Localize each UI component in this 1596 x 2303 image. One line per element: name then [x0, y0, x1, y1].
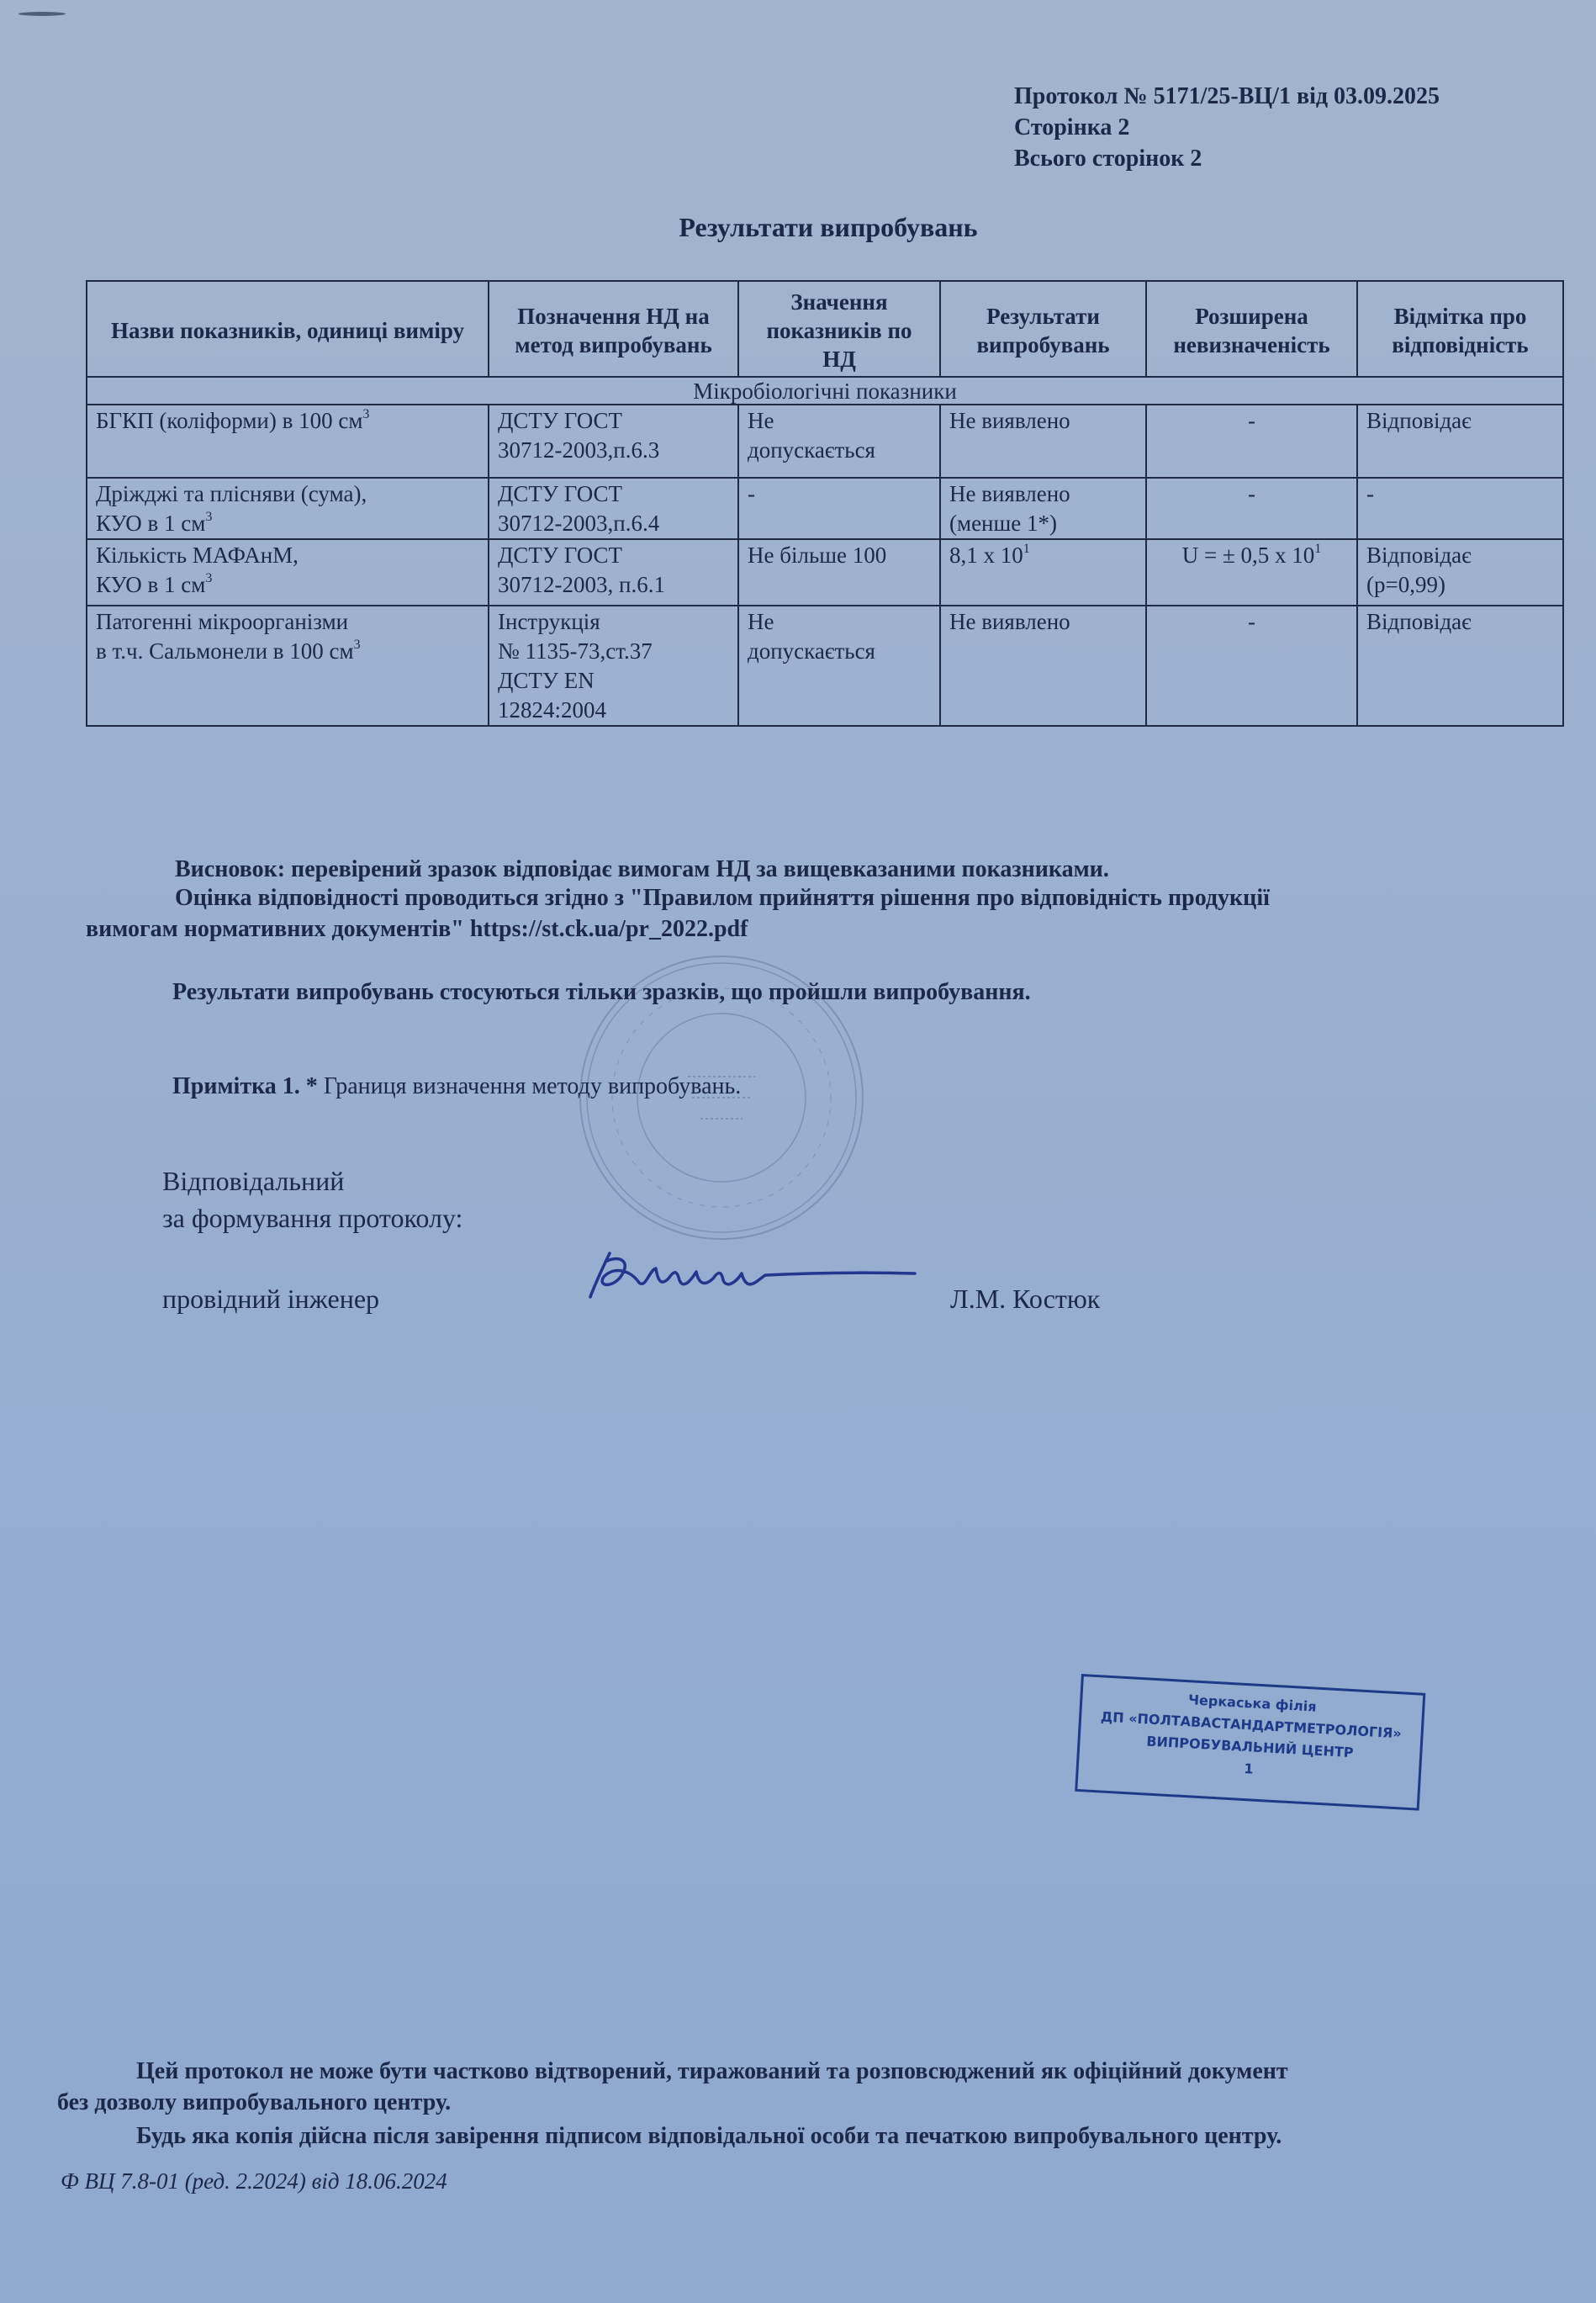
lab-stamp: Черкаська філія ДП «ПОЛТАВАСТАНДАРТМЕТРО…	[1075, 1674, 1425, 1811]
assessment-text-cont: вимогам нормативних документів" https://…	[86, 914, 748, 944]
norm-cell: -	[738, 478, 940, 539]
result-cell: Не виявлено	[940, 405, 1146, 478]
method-cell: ДСТУ ГОСТ30712-2003,п.6.3	[489, 405, 738, 478]
protocol-number: Протокол № 5171/25-ВЦ/1 від 03.09.2025	[1014, 81, 1440, 112]
uncertainty-cell: -	[1146, 405, 1357, 478]
paper-mark	[18, 12, 66, 16]
indicator-cell: БГКП (коліформи) в 100 см3	[87, 405, 489, 478]
section-label: Мікробіологічні показники	[87, 377, 1563, 405]
uncertainty-cell: -	[1146, 606, 1357, 726]
table-row: БГКП (коліформи) в 100 см3 ДСТУ ГОСТ3071…	[87, 405, 1563, 478]
section-row: Мікробіологічні показники	[87, 377, 1563, 405]
footnote-text: Границя визначення методу випробувань.	[318, 1073, 741, 1099]
copyright-notice-cont: без дозволу випробувального центру.	[57, 2088, 451, 2118]
copy-validity-notice: Будь яка копія дійсна після завірення пі…	[136, 2121, 1583, 2152]
uncertainty-cell: U = ± 0,5 x 101	[1146, 539, 1357, 606]
indicator-cell: Патогенні мікроорганізмив т.ч. Сальмонел…	[87, 606, 489, 726]
result-cell: Не виявлено	[940, 606, 1146, 726]
column-header: Значення показників по НД	[738, 281, 940, 377]
responsible-label: Відповідальний	[162, 1164, 344, 1198]
table-row: Дріжджі та плісняви (сума),КУО в 1 см3 Д…	[87, 478, 1563, 539]
indicator-cell: Кількість МАФАнМ,КУО в 1 см3	[87, 539, 489, 606]
results-scope-text: Результати випробувань стосуються тільки…	[172, 977, 1031, 1007]
copyright-notice: Цей протокол не може бути частково відтв…	[136, 2057, 1574, 2087]
uncertainty-cell: -	[1146, 478, 1357, 539]
column-header: Відмітка про відповідність	[1357, 281, 1563, 377]
method-cell: ДСТУ ГОСТ30712-2003, п.6.1	[489, 539, 738, 606]
page-number: Сторінка 2	[1014, 112, 1440, 143]
signature-icon	[580, 1236, 925, 1304]
signer-name: Л.М. Костюк	[950, 1282, 1100, 1316]
assessment-text: Оцінка відповідності проводиться згідно …	[175, 883, 1562, 913]
norm-cell: Не більше 100	[738, 539, 940, 606]
indicator-cell: Дріжджі та плісняви (сума),КУО в 1 см3	[87, 478, 489, 539]
form-code: Ф ВЦ 7.8-01 (ред. 2.2024) від 18.06.2024	[61, 2168, 447, 2194]
compliance-cell: Відповідає	[1357, 606, 1563, 726]
compliance-cell: Відповідає	[1357, 405, 1563, 478]
norm-cell: Недопускається	[738, 405, 940, 478]
column-header: Результати випробувань	[940, 281, 1146, 377]
total-pages: Всього сторінок 2	[1014, 143, 1440, 174]
page-title: Результати випробувань	[0, 212, 1596, 243]
column-header: Розширена невизначеність	[1146, 281, 1357, 377]
column-header: Назви показників, одиниці виміру	[87, 281, 489, 377]
signer-position: провідний інженер	[162, 1282, 379, 1316]
method-cell: Інструкція№ 1135-73,ст.37ДСТУ EN12824:20…	[489, 606, 738, 726]
compliance-cell: Відповідає(p=0,99)	[1357, 539, 1563, 606]
norm-cell: Недопускається	[738, 606, 940, 726]
responsible-label-cont: за формування протоколу:	[162, 1201, 462, 1235]
result-cell: Не виявлено(менше 1*)	[940, 478, 1146, 539]
conclusion-text: Висновок: перевірений зразок відповідає …	[175, 855, 1109, 884]
footnote: Примітка 1. * Границя визначення методу …	[172, 1072, 741, 1101]
result-cell: 8,1 x 101	[940, 539, 1146, 606]
table-header-row: Назви показників, одиниці виміру Позначе…	[87, 281, 1563, 377]
results-table: Назви показників, одиниці виміру Позначе…	[86, 280, 1564, 727]
method-cell: ДСТУ ГОСТ30712-2003,п.6.4	[489, 478, 738, 539]
document-header: Протокол № 5171/25-ВЦ/1 від 03.09.2025 С…	[1014, 81, 1440, 174]
column-header: Позначення НД на метод випробувань	[489, 281, 738, 377]
compliance-cell: -	[1357, 478, 1563, 539]
footnote-label: Примітка 1. *	[172, 1073, 318, 1099]
table-row: Патогенні мікроорганізмив т.ч. Сальмонел…	[87, 606, 1563, 726]
table-row: Кількість МАФАнМ,КУО в 1 см3 ДСТУ ГОСТ30…	[87, 539, 1563, 606]
